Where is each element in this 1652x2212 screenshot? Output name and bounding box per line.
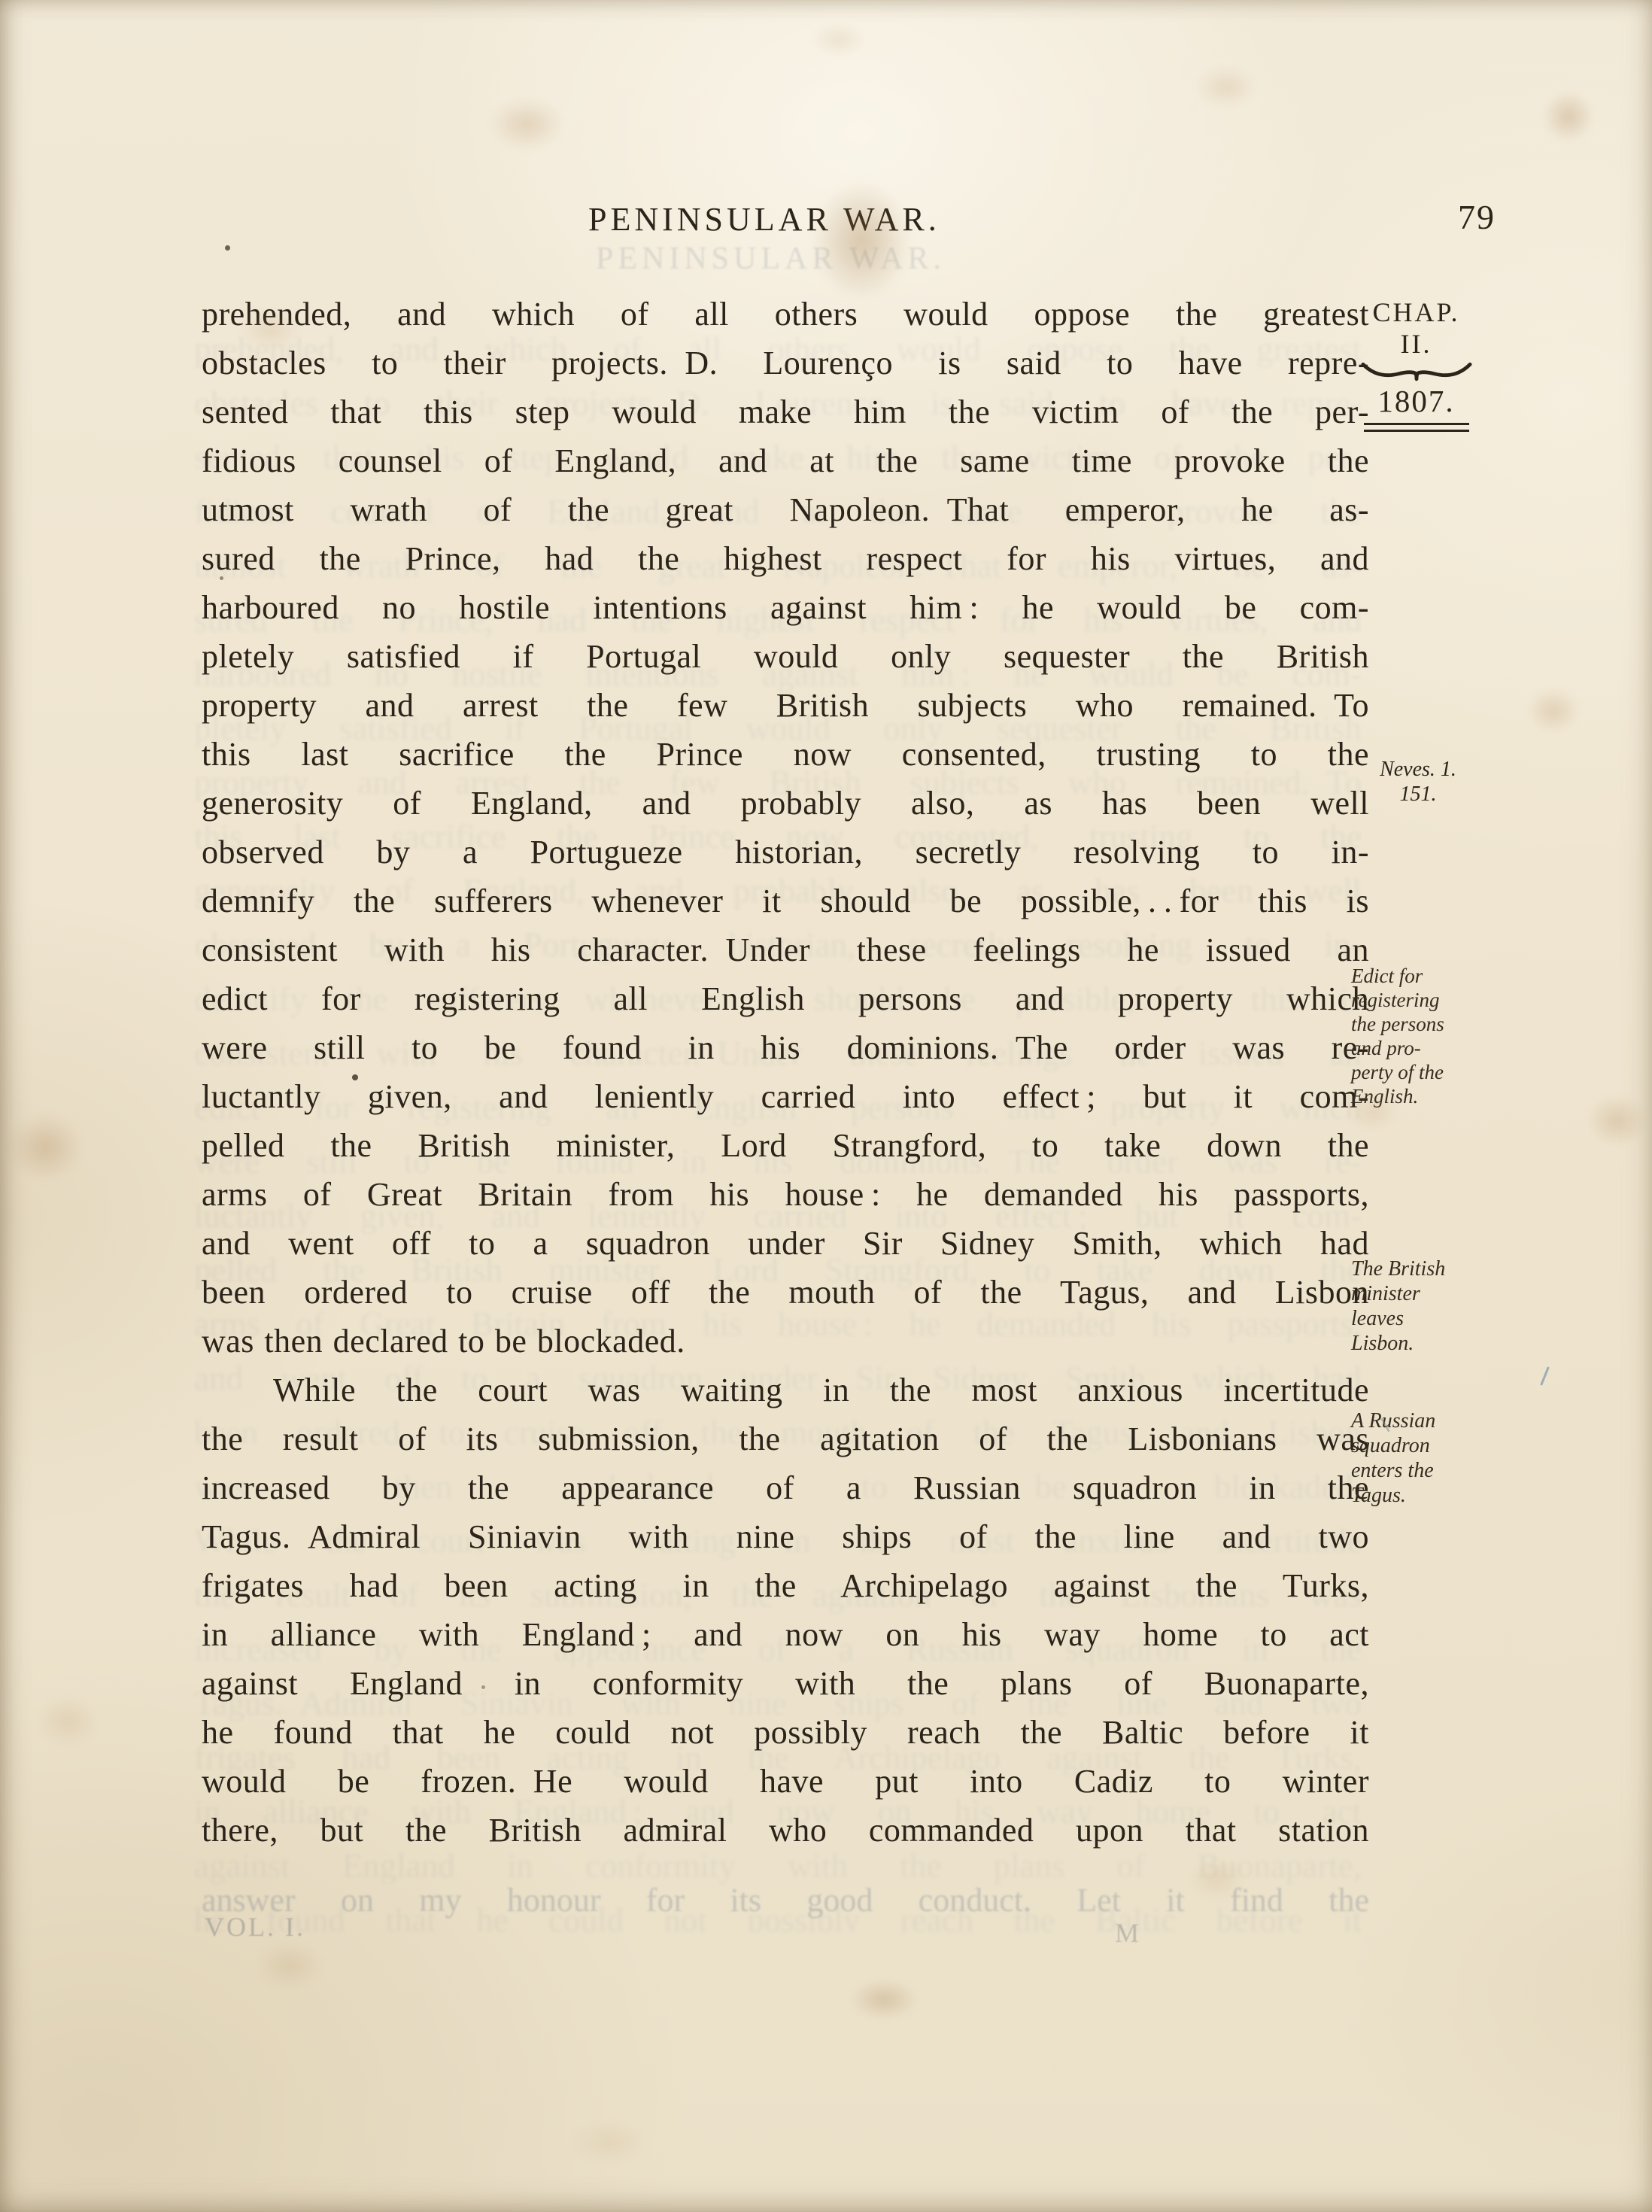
- foxing-spot: [812, 23, 865, 56]
- text-line: utmost wrath of the great Napoleon. That…: [202, 491, 1369, 539]
- sidenote-line: 151.: [1354, 782, 1482, 807]
- text-line: While the court was waiting in the most …: [202, 1371, 1369, 1420]
- foxing-spot: [1196, 66, 1256, 108]
- foxing-spot: [572, 2122, 647, 2163]
- sidenote-line: leaves: [1351, 1306, 1539, 1331]
- sidenote-line: perty of the: [1351, 1060, 1539, 1084]
- foxing-spot: [489, 98, 564, 150]
- text-line: pletely satisfied if Portugal would only…: [202, 637, 1369, 686]
- text-line: there, but the British admiral who comma…: [202, 1811, 1369, 1860]
- sidenote-line: Edict for: [1351, 964, 1539, 988]
- sidenote-line: enters the: [1351, 1458, 1539, 1483]
- text-line: he found that he could not possibly reac…: [202, 1713, 1369, 1762]
- text-line: sured the Prince, had the highest respec…: [202, 539, 1369, 588]
- sidenote-line: Neves. 1.: [1354, 757, 1482, 782]
- foxing-spot: [38, 1697, 98, 1746]
- text-line: frigates had been acting in the Archipel…: [202, 1566, 1369, 1615]
- text-line: Tagus. Admiral Siniavin with nine ships …: [202, 1518, 1369, 1566]
- foxing-spot: [256, 1941, 323, 1990]
- foxing-spot: [1527, 688, 1580, 734]
- sidenote-reference: Neves. 1.151.: [1354, 757, 1482, 807]
- foxing-spot: [1587, 1095, 1647, 1147]
- text-line: sented that this step would make him the…: [202, 393, 1369, 442]
- text-line: demnify the sufferers whenever it should…: [202, 882, 1369, 931]
- foxing-spot: [8, 1114, 83, 1181]
- sidenote-line: registering: [1351, 988, 1539, 1012]
- text-line: obstacles to their projects. D. Lourenço…: [202, 344, 1369, 393]
- running-title: PENINSULAR WAR.: [588, 200, 964, 239]
- ghost-set-off-line: answer on my honour for its good conduct…: [202, 1881, 1369, 1919]
- text-line: increased by the appearance of a Russian…: [202, 1469, 1369, 1518]
- chapter-brace-icon: [1360, 361, 1473, 384]
- signature-mark: M: [1115, 1917, 1139, 1949]
- foxing-spot: [850, 1979, 918, 2020]
- text-line: observed by a Portugueze historian, secr…: [202, 833, 1369, 882]
- text-line: been ordered to cruise off the mouth of …: [202, 1273, 1369, 1322]
- text-line: pelled the British minister, Lord Strang…: [202, 1126, 1369, 1175]
- sidenote-line: Lisbon.: [1351, 1331, 1539, 1356]
- sidenote-squadron: A Russiansquadronenters theTagus.: [1351, 1408, 1539, 1508]
- text-line: was then declared to be blockaded.: [202, 1322, 1369, 1371]
- text-line: consistent with his character. Under the…: [202, 931, 1369, 980]
- sidenote-line: The British: [1351, 1256, 1539, 1281]
- text-line: this last sacrifice the Prince now conse…: [202, 735, 1369, 784]
- text-line: were still to be found in his dominions.…: [202, 1029, 1369, 1077]
- text-line: harboured no hostile intentions against …: [202, 588, 1369, 637]
- sidenote-line: English.: [1351, 1084, 1539, 1108]
- paper-fiber: [1540, 1366, 1550, 1385]
- chapter-heading: CHAP. II. 1807.: [1354, 296, 1478, 432]
- sidenote-line: Tagus.: [1351, 1483, 1539, 1508]
- text-line: prehended, and which of all others would…: [202, 295, 1369, 344]
- ink-speck: [225, 245, 230, 251]
- year-label: 1807.: [1354, 385, 1478, 417]
- page-number: 79: [1458, 197, 1496, 237]
- sidenote-line: minister: [1351, 1281, 1539, 1306]
- sidenote-line: and pro-: [1351, 1036, 1539, 1060]
- foxing-spot: [1542, 90, 1595, 143]
- chapter-number: II.: [1354, 328, 1478, 360]
- text-line: edict for registering all English person…: [202, 980, 1369, 1029]
- sidenote-line: squadron: [1351, 1433, 1539, 1458]
- text-line: the result of its submission, the agitat…: [202, 1420, 1369, 1469]
- volume-mark: VOL. I.: [205, 1911, 305, 1943]
- book-page: prehended, and which of all others would…: [0, 0, 1652, 2212]
- chapter-label: CHAP.: [1354, 296, 1478, 328]
- sidenote-edict: Edict forregisteringthe personsand pro-p…: [1351, 964, 1539, 1108]
- text-line: fidious counsel of England, and at the s…: [202, 442, 1369, 491]
- text-line: luctantly given, and leniently carried i…: [202, 1077, 1369, 1126]
- text-line: in alliance with England ; and now on hi…: [202, 1615, 1369, 1664]
- text-line: against England in conformity with the p…: [202, 1664, 1369, 1713]
- text-line: arms of Great Britain from his house : h…: [202, 1175, 1369, 1224]
- text-line: would be frozen. He would have put into …: [202, 1762, 1369, 1811]
- text-line: generosity of England, and probably also…: [202, 784, 1369, 833]
- sidenote-line: the persons: [1351, 1012, 1539, 1036]
- body-text: prehended, and which of all others would…: [202, 295, 1369, 1860]
- ghost-running-title: PENINSULAR WAR.: [596, 241, 972, 277]
- year-divider: [1364, 423, 1469, 432]
- sidenote-line: A Russian: [1351, 1408, 1539, 1433]
- text-line: property and arrest the few British subj…: [202, 686, 1369, 735]
- text-line: and went off to a squadron under Sir Sid…: [202, 1224, 1369, 1273]
- sidenote-minister: The BritishministerleavesLisbon.: [1351, 1256, 1539, 1356]
